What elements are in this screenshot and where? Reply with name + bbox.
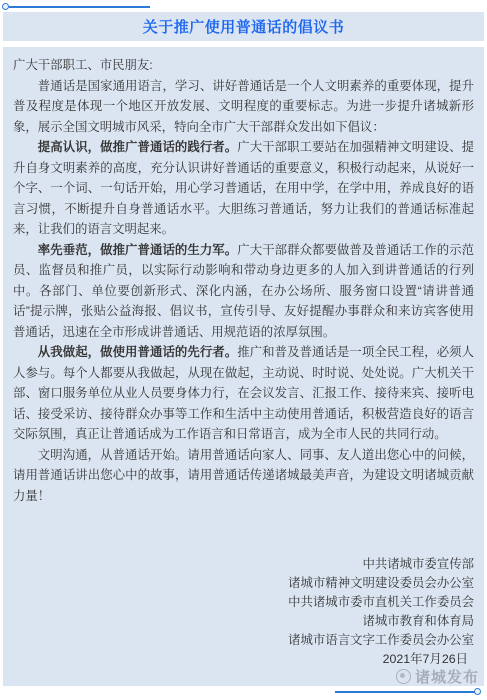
paragraph-text: 广大干部职工要站在加强精神文明建设、提升自身文明素养的高度，充分认识讲好普通话的… [13, 140, 474, 236]
paragraph-lead: 率先垂范，做推广普通话的生力军。 [38, 243, 237, 257]
account-watermark-label: 诸城发布 [415, 666, 479, 687]
signature-org: 诸城市语言文字工作委员会办公室 [13, 631, 474, 650]
paragraph-lead-by-example: 率先垂范，做推广普通话的生力军。广大干部群众都要做普及普通话工作的示范员、监督员… [13, 240, 474, 343]
paragraph-text: 普通话是国家通用语言，学习、讲好普通话是一个人文明素养的重要体现，提升普及程度是… [13, 79, 474, 134]
page-title: 关于推广使用普通话的倡议书 [143, 16, 345, 37]
signature-org: 诸城市精神文明建设委员会办公室 [13, 574, 474, 593]
paragraph-lead: 从我做起，做使用普通话的先行者。 [38, 345, 237, 359]
account-logo-icon [396, 669, 411, 684]
signature-org: 中共诸城市委市直机关工作委员会 [13, 593, 474, 612]
salutation: 广大干部职工、市民朋友: [13, 55, 474, 76]
top-divider-line [9, 6, 150, 8]
paragraph-start-with-me: 从我做起，做使用普通话的先行者。推广和普及普通话是一项全民工程，必须人人参与。每… [13, 342, 474, 445]
article-body: 广大干部职工、市民朋友: 普通话是国家通用语言，学习、讲好普通话是一个人文明素养… [3, 47, 484, 686]
bottom-divider-dot-icon [474, 688, 481, 695]
account-watermark: 诸城发布 [396, 666, 479, 687]
article-page: 关于推广使用普通话的倡议书 广大干部职工、市民朋友: 普通话是国家通用语言，学习… [0, 0, 487, 700]
title-banner: 关于推广使用普通话的倡议书 [3, 12, 484, 41]
top-divider-dot-icon [2, 3, 9, 10]
paragraph-lead: 提高认识，做推广普通话的践行者。 [38, 140, 237, 154]
paragraph-text: 推广和普及普通话是一项全民工程，必须人人参与。每个人都要从我做起，从现在做起，主… [13, 345, 474, 441]
paragraph-text: 文明沟通，从普通话开始。请用普通话向家人、同事、友人道出您心中的问候，请用普通话… [13, 448, 474, 503]
paragraph-raise-awareness: 提高认识，做推广普通话的践行者。广大干部职工要站在加强精神文明建设、提升自身文明… [13, 137, 474, 240]
paragraph-intro: 普通话是国家通用语言，学习、讲好普通话是一个人文明素养的重要体现，提升普及程度是… [13, 76, 474, 138]
bottom-divider-line [335, 691, 476, 693]
signature-block: 中共诸城市委宣传部 诸城市精神文明建设委员会办公室 中共诸城市委市直机关工作委员… [13, 555, 474, 669]
paragraph-closing: 文明沟通，从普通话开始。请用普通话向家人、同事、友人道出您心中的问候，请用普通话… [13, 445, 474, 507]
signature-org: 诸城市教育和体育局 [13, 612, 474, 631]
signature-org: 中共诸城市委宣传部 [13, 555, 474, 574]
